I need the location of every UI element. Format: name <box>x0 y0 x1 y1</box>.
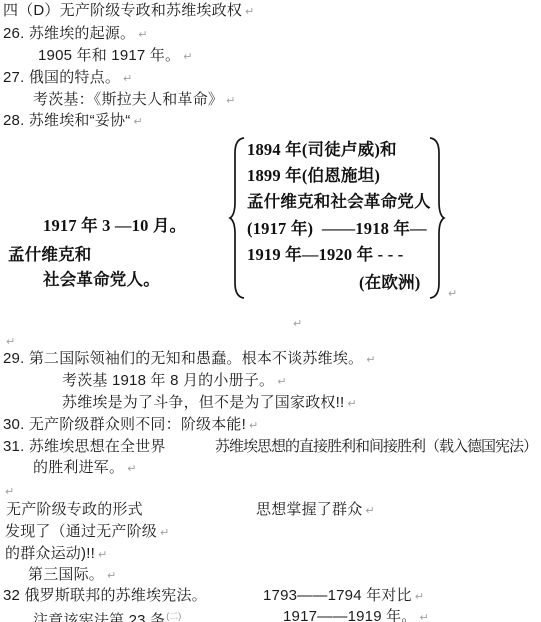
paragraph-mark-icon: ↵ <box>95 548 107 561</box>
braced-line-2: 1899 年(伯恩施坦) <box>247 166 380 185</box>
figure-left-line-2: 孟什维克和 <box>8 245 92 264</box>
paragraph-mark-icon: ↵ <box>246 419 258 432</box>
heading-line: 四（D）无产阶级专政和苏维埃政权↵ <box>3 2 254 20</box>
paragraph-mark-icon: ↵ <box>362 504 374 517</box>
note-mass-movement-line: 的群众运动)!!↵ <box>5 545 107 563</box>
braced-line-5: 1919 年—1920 年 - - - <box>247 245 403 264</box>
paragraph-mark-icon: ↵ <box>448 288 457 299</box>
paragraph-mark-icon: ↵ <box>5 486 14 497</box>
paragraph-mark-icon: ↵ <box>104 569 116 582</box>
document-page: 四（D）无产阶级专政和苏维埃政权↵ 26. 苏维埃的起源。↵ 1905 年和 1… <box>0 0 541 622</box>
item-28-text: 28. 苏维埃和“妥协“ <box>3 112 130 129</box>
braced-line-1: 1894 年(司徒卢威)和 <box>247 140 397 159</box>
item-32-sub-col2-text: 1917——1919 年。 <box>283 608 417 622</box>
left-brace-icon <box>228 136 246 300</box>
list-item-27-sub: 考茨基：《斯拉夫人和革命》↵ <box>33 91 235 109</box>
item-27-text: 27. 俄国的特点。 <box>3 69 120 86</box>
figure-left-line-3: 社会革命党人。 <box>43 270 160 289</box>
heading-text: 四（D）无产阶级专政和苏维埃政权 <box>3 2 242 19</box>
item-26-text: 26. 苏维埃的起源。 <box>3 25 135 42</box>
paragraph-mark-icon: ↵ <box>124 462 136 475</box>
note-form-line-col2: 思想掌握了群众↵ <box>256 501 375 519</box>
note-form-col2-text: 思想掌握了群众 <box>256 501 362 518</box>
item-26-sub-text: 1905 年和 1917 年。 <box>38 47 180 64</box>
footnote-marker: (二) <box>165 611 182 621</box>
braced-line-6: (在欧洲) <box>359 273 421 292</box>
paragraph-mark-icon: ↵ <box>157 526 169 539</box>
item-31-sub-text: 的胜利进军。 <box>33 459 124 476</box>
braced-line-4: (1917 年) ——1918 年— <box>247 219 427 238</box>
paragraph-mark-icon: ↵ <box>180 50 192 63</box>
paragraph-mark-icon: ↵ <box>130 115 142 128</box>
paragraph-mark-icon: ↵ <box>120 72 132 85</box>
right-brace-icon <box>428 136 446 300</box>
list-item-26: 26. 苏维埃的起源。↵ <box>3 25 147 43</box>
list-item-31-col2: 苏维埃思想的直接胜利和间接胜利（载入德国宪法） <box>215 438 537 455</box>
list-item-29-sub2: 苏维埃是为了斗争，但不是为了国家政权!!↵ <box>62 394 357 412</box>
note-mass-movement-text: 的群众运动)!! <box>5 545 95 562</box>
paragraph-mark-icon: ↵ <box>417 611 429 622</box>
list-item-30: 30. 无产阶级群众则不同：阶级本能!↵ <box>3 416 258 434</box>
list-item-32-sub-col2: 1917——1919 年。↵ <box>283 608 429 622</box>
item-32-sub-text: 注意该宪法第 23 条 <box>33 612 165 622</box>
list-item-29-sub1: 考茨基 1918 年 8 月的小册子。↵ <box>62 372 286 390</box>
list-item-32-col2: 1793——1794 年对比↵ <box>263 587 424 605</box>
list-item-32-sub: 注意该宪法第 23 条(二)。 <box>33 608 197 622</box>
paragraph-mark-icon: ↵ <box>293 318 302 329</box>
paragraph-mark-icon: ↵ <box>6 336 15 347</box>
paragraph-mark-icon: ↵ <box>274 375 286 388</box>
note-discovered-text: 发现了（通过无产阶级 <box>5 523 157 540</box>
item-30-text: 30. 无产阶级群众则不同：阶级本能! <box>3 416 246 433</box>
note-discovered-line: 发现了（通过无产阶级↵ <box>5 523 169 541</box>
note-third-international-text: 第三国际。 <box>28 566 104 583</box>
note-form-line: 无产阶级专政的形式 <box>6 501 143 518</box>
list-item-28: 28. 苏维埃和“妥协“↵ <box>3 112 143 130</box>
braced-line-3: 孟什维克和社会革命党人 <box>247 192 431 211</box>
paragraph-mark-icon: ↵ <box>242 5 254 18</box>
figure-left-line-1: 1917 年 3 —10 月。 <box>43 216 186 235</box>
list-item-26-sub: 1905 年和 1917 年。↵ <box>38 47 192 65</box>
item-29-text: 29. 第二国际领袖们的无知和愚蠢。根本不谈苏维埃。 <box>3 350 363 367</box>
paragraph-mark-icon: ↵ <box>344 397 356 410</box>
list-item-31-sub: 的胜利进军。↵ <box>33 459 136 477</box>
item-27-sub-text: 考茨基：《斯拉夫人和革命》 <box>33 91 223 108</box>
list-item-32: 32 俄罗斯联邦的苏维埃宪法。 <box>3 587 207 604</box>
item-29-sub1-text: 考茨基 1918 年 8 月的小册子。 <box>62 372 274 389</box>
paragraph-mark-icon: ↵ <box>412 590 424 603</box>
paragraph-mark-icon: ↵ <box>363 353 375 366</box>
list-item-27: 27. 俄国的特点。↵ <box>3 69 132 87</box>
list-item-31: 31. 苏维埃思想在全世界 <box>3 438 166 455</box>
paragraph-mark-icon: ↵ <box>223 94 235 107</box>
item-32-sub-tail: 。 <box>182 612 197 622</box>
list-item-29: 29. 第二国际领袖们的无知和愚蠢。根本不谈苏维埃。↵ <box>3 350 375 368</box>
item-29-sub2-text: 苏维埃是为了斗争，但不是为了国家政权!! <box>62 394 344 411</box>
note-third-international-line: 第三国际。↵ <box>28 566 116 584</box>
item-32-col2-text: 1793——1794 年对比 <box>263 587 412 604</box>
paragraph-mark-icon: ↵ <box>135 28 147 41</box>
